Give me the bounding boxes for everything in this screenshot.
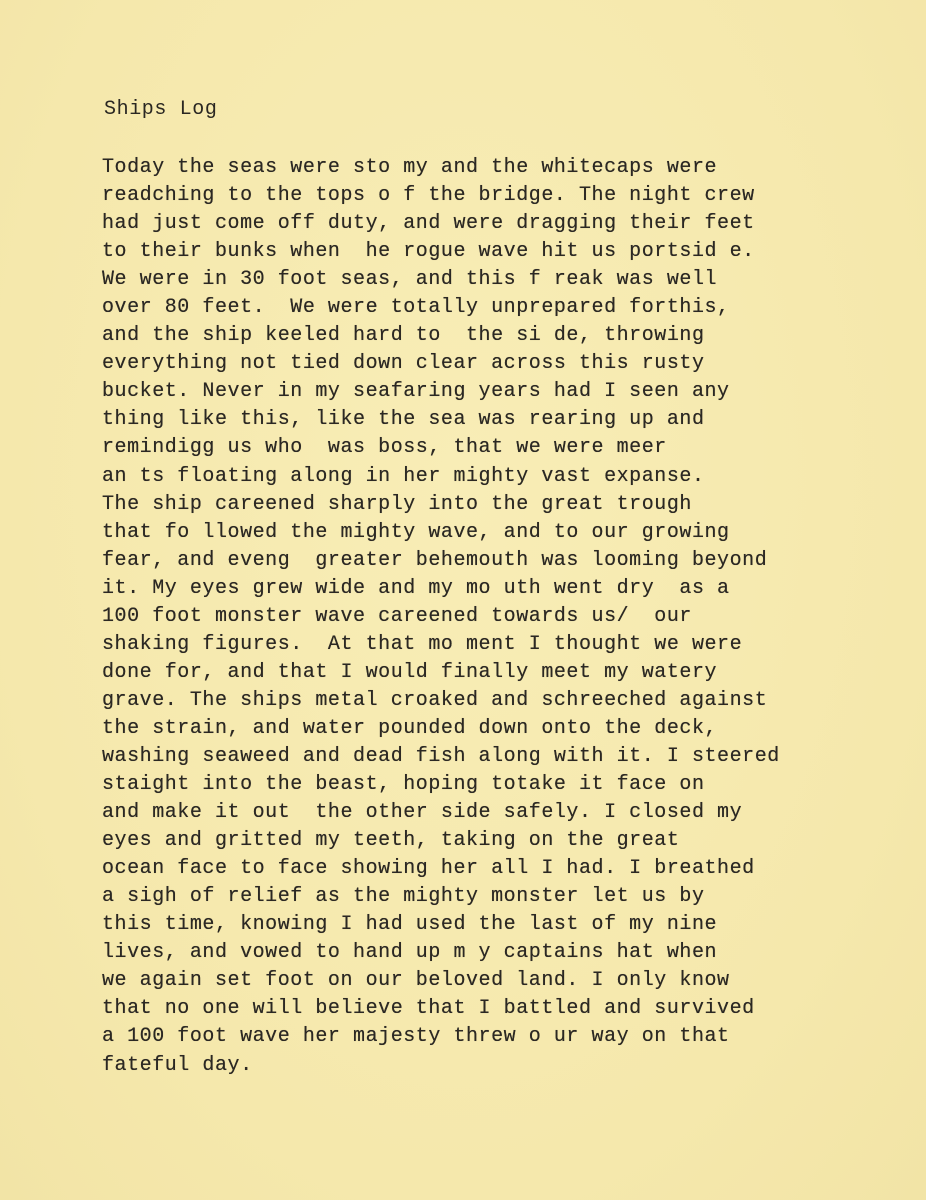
text-line: over 80 feet. We were totally unprepared… bbox=[102, 294, 780, 322]
text-line: thing like this, like the sea was rearin… bbox=[102, 406, 780, 434]
text-line: shaking figures. At that mo ment I thoug… bbox=[102, 631, 780, 659]
text-line: this time, knowing I had used the last o… bbox=[102, 911, 780, 939]
page-title: Ships Log bbox=[104, 98, 217, 121]
text-line: an ts floating along in her mighty vast … bbox=[102, 463, 780, 491]
text-line: that no one will believe that I battled … bbox=[102, 995, 780, 1023]
text-line: We were in 30 foot seas, and this f reak… bbox=[102, 266, 780, 294]
text-line: it. My eyes grew wide and my mo uth went… bbox=[102, 575, 780, 603]
text-line: Today the seas were sto my and the white… bbox=[102, 154, 780, 182]
text-line: a 100 foot wave her majesty threw o ur w… bbox=[102, 1023, 780, 1051]
text-line: and make it out the other side safely. I… bbox=[102, 799, 780, 827]
text-line: and the ship keeled hard to the si de, t… bbox=[102, 322, 780, 350]
text-line: ocean face to face showing her all I had… bbox=[102, 855, 780, 883]
text-line: 100 foot monster wave careened towards u… bbox=[102, 603, 780, 631]
text-line: washing seaweed and dead fish along with… bbox=[102, 743, 780, 771]
text-line: a sigh of relief as the mighty monster l… bbox=[102, 883, 780, 911]
text-line: fear, and eveng greater behemouth was lo… bbox=[102, 547, 780, 575]
text-line: that fo llowed the mighty wave, and to o… bbox=[102, 519, 780, 547]
text-line: eyes and gritted my teeth, taking on the… bbox=[102, 827, 780, 855]
text-line: done for, and that I would finally meet … bbox=[102, 659, 780, 687]
text-line: The ship careened sharply into the great… bbox=[102, 491, 780, 519]
text-line: to their bunks when he rogue wave hit us… bbox=[102, 238, 780, 266]
text-line: staight into the beast, hoping totake it… bbox=[102, 771, 780, 799]
typewritten-page: Ships Log Today the seas were sto my and… bbox=[0, 0, 926, 1200]
text-line: bucket. Never in my seafaring years had … bbox=[102, 378, 780, 406]
text-line: we again set foot on our beloved land. I… bbox=[102, 967, 780, 995]
log-entry-body: Today the seas were sto my and the white… bbox=[102, 154, 780, 1080]
text-line: had just come off duty, and were draggin… bbox=[102, 210, 780, 238]
text-line: grave. The ships metal croaked and schre… bbox=[102, 687, 780, 715]
text-line: everything not tied down clear across th… bbox=[102, 350, 780, 378]
text-line: readching to the tops o f the bridge. Th… bbox=[102, 182, 780, 210]
text-line: lives, and vowed to hand up m y captains… bbox=[102, 939, 780, 967]
text-line: remindigg us who was boss, that we were … bbox=[102, 434, 780, 462]
text-line: fateful day. bbox=[102, 1052, 780, 1080]
text-line: the strain, and water pounded down onto … bbox=[102, 715, 780, 743]
